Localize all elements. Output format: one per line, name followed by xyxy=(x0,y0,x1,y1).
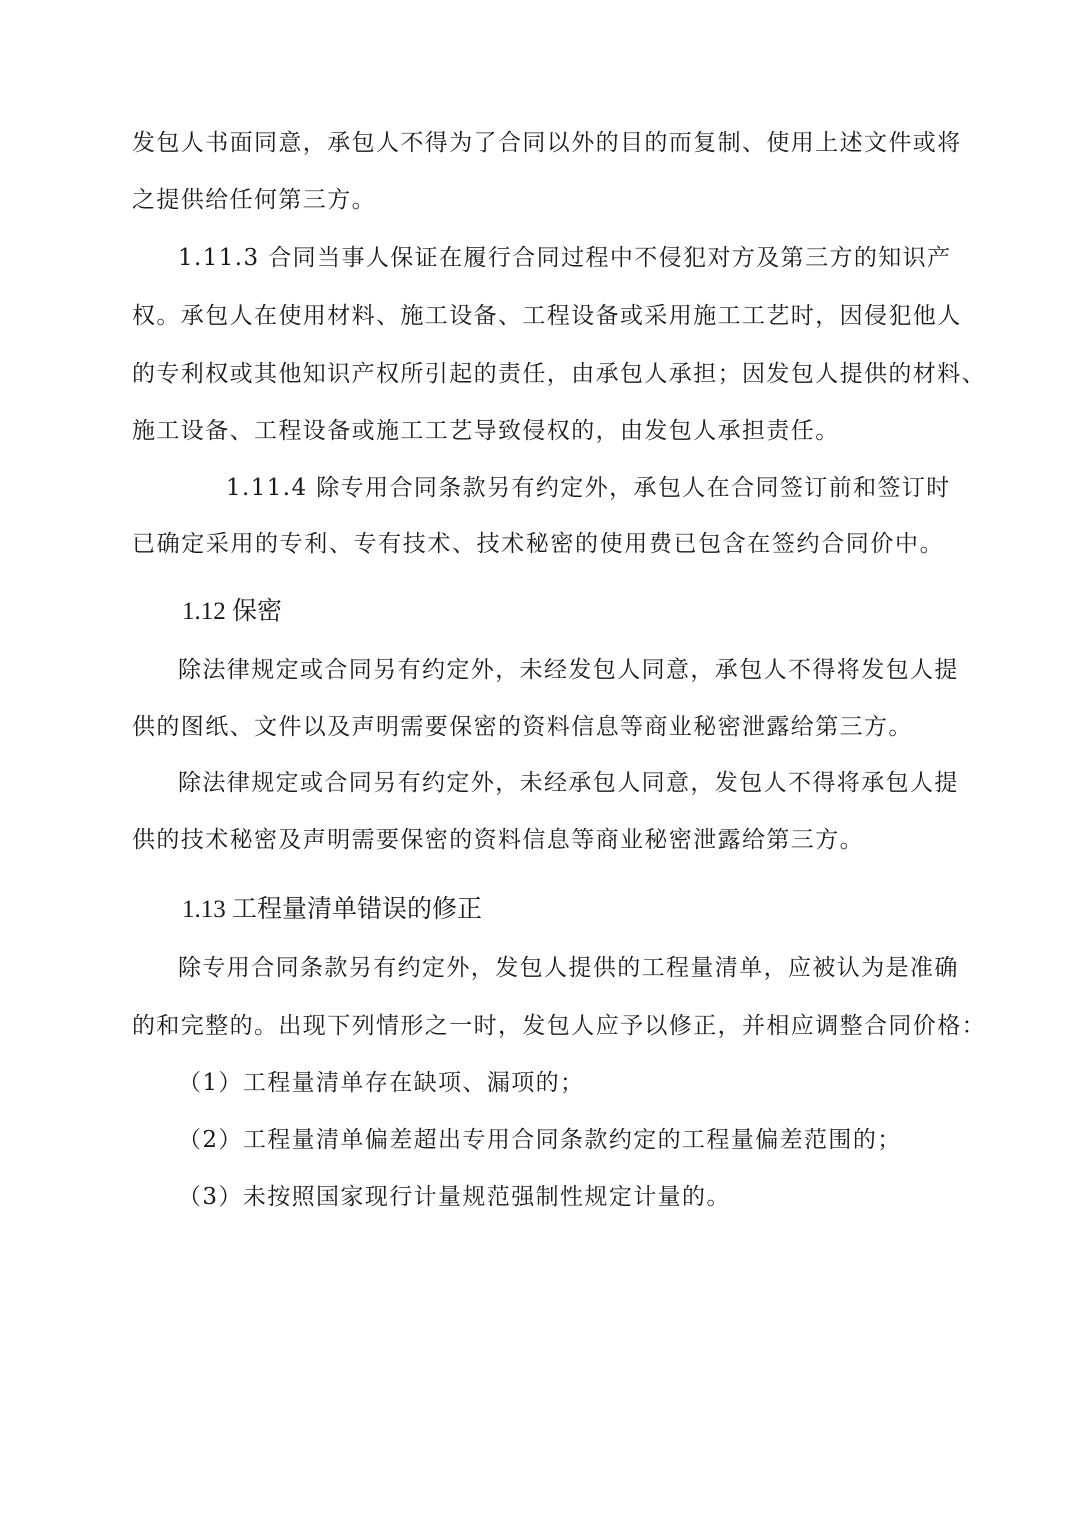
list-item: （2）工程量清单偏差超出专用合同条款约定的工程量偏差范围的； xyxy=(178,1125,944,1155)
paragraph-line: 供的技术秘密及声明需要保密的资料信息等商业秘密泄露给第三方。 xyxy=(132,825,944,855)
paragraph-line: 已确定采用的专利、专有技术、技术秘密的使用费已包含在签约合同价中。 xyxy=(132,529,944,559)
paragraph-line: 施工设备、工程设备或施工工艺导致侵权的，由发包人承担责任。 xyxy=(132,416,944,446)
paragraph-line: 发包人书面同意，承包人不得为了合同以外的目的而复制、使用上述文件或将 xyxy=(132,128,944,158)
paragraph-line: 的和完整的。出现下列情形之一时，发包人应予以修正，并相应调整合同价格： xyxy=(132,1011,944,1041)
section-heading-1-13: 1.13 工程量清单错误的修正 xyxy=(182,895,482,925)
paragraph-line: 的专利权或其他知识产权所引起的责任，由承包人承担；因发包人提供的材料、 xyxy=(132,359,944,389)
section-heading-1-12: 1.12 保密 xyxy=(182,597,282,627)
clause-1-11-4-line: 1.11.4 除专用合同条款另有约定外，承包人在合同签订前和签订时 xyxy=(226,473,944,503)
paragraph-line: 供的图纸、文件以及声明需要保密的资料信息等商业秘密泄露给第三方。 xyxy=(132,712,944,742)
list-item: （3）未按照国家现行计量规范强制性规定计量的。 xyxy=(178,1182,944,1212)
paragraph-line: 权。承包人在使用材料、施工设备、工程设备或采用施工工艺时，因侵犯他人 xyxy=(132,301,944,331)
list-item: （1）工程量清单存在缺项、漏项的； xyxy=(178,1068,944,1098)
paragraph-line: 之提供给任何第三方。 xyxy=(132,185,944,215)
paragraph-line: 除法律规定或合同另有约定外，未经承包人同意，发包人不得将承包人提 xyxy=(178,768,944,798)
paragraph-line: 除法律规定或合同另有约定外，未经发包人同意，承包人不得将发包人提 xyxy=(178,655,944,685)
paragraph-line: 除专用合同条款另有约定外，发包人提供的工程量清单，应被认为是准确 xyxy=(178,953,944,983)
document-page: 发包人书面同意，承包人不得为了合同以外的目的而复制、使用上述文件或将 之提供给任… xyxy=(0,0,1074,1520)
clause-1-11-3-line: 1.11.3 合同当事人保证在履行合同过程中不侵犯对方及第三方的知识产 xyxy=(178,243,944,273)
